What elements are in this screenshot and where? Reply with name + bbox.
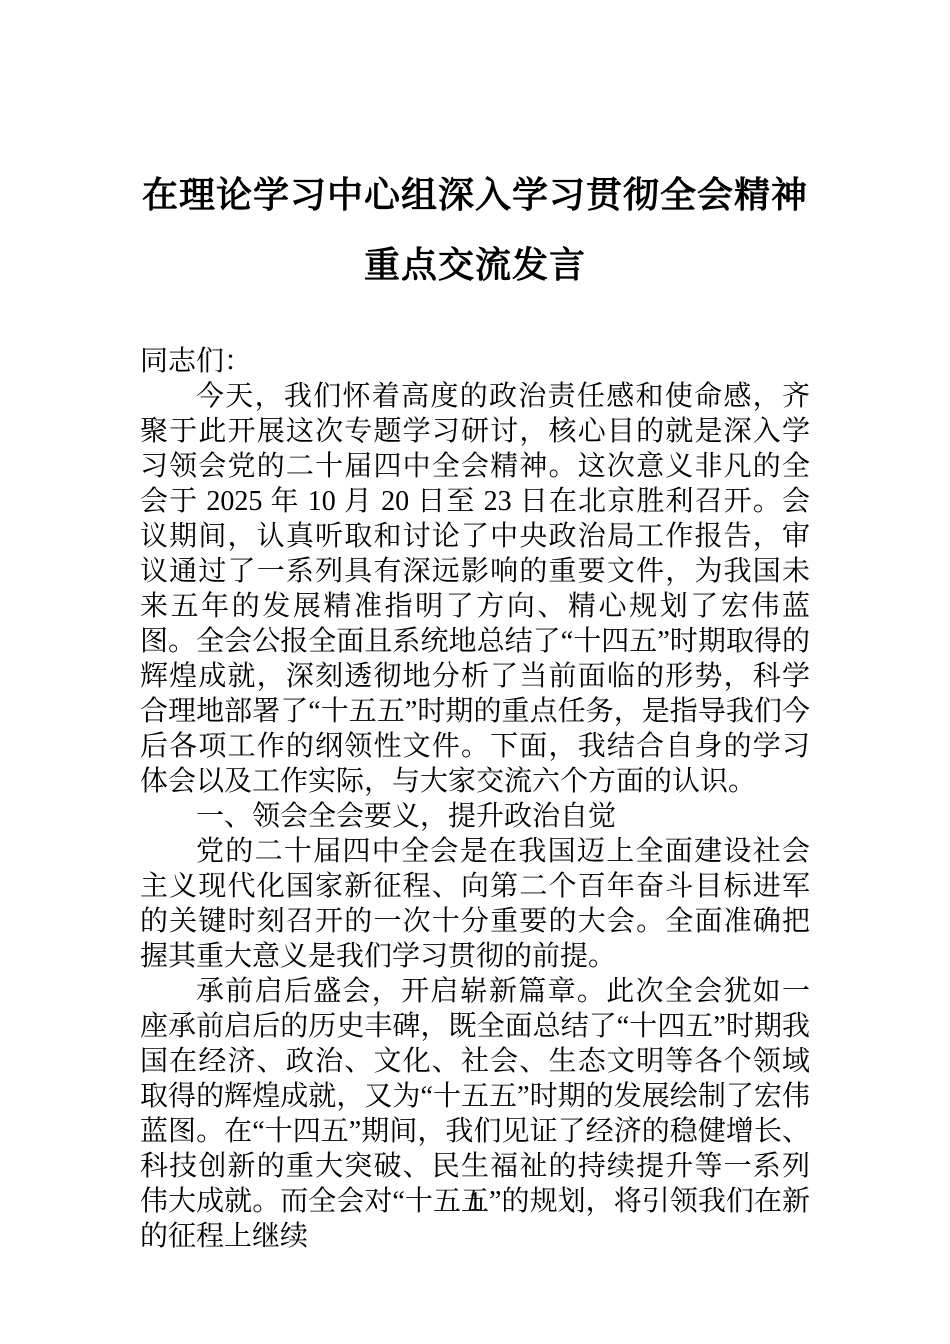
document-page: 在理论学习中心组深入学习贯彻全会精神 重点交流发言 同志们： 今天，我们怀着高度… bbox=[0, 0, 950, 1344]
paragraph-section1-a: 党的二十届四中全会是在我国迈上全面建设社会主义现代化国家新征程、向第二个百年奋斗… bbox=[140, 834, 810, 974]
title-line-1: 在理论学习中心组深入学习贯彻全会精神 bbox=[70, 160, 880, 230]
page-number: 1 bbox=[0, 1184, 950, 1218]
salutation: 同志们： bbox=[140, 344, 810, 379]
paragraph-intro: 今天，我们怀着高度的政治责任感和使命感，齐聚于此开展这次专题学习研讨，核心目的就… bbox=[140, 379, 810, 799]
section-heading-1: 一、领会全会要义，提升政治自觉 bbox=[140, 799, 810, 834]
document-body: 同志们： 今天，我们怀着高度的政治责任感和使命感，齐聚于此开展这次专题学习研讨，… bbox=[140, 344, 810, 1254]
document-title: 在理论学习中心组深入学习贯彻全会精神 重点交流发言 bbox=[70, 160, 880, 300]
title-line-2: 重点交流发言 bbox=[70, 230, 880, 300]
